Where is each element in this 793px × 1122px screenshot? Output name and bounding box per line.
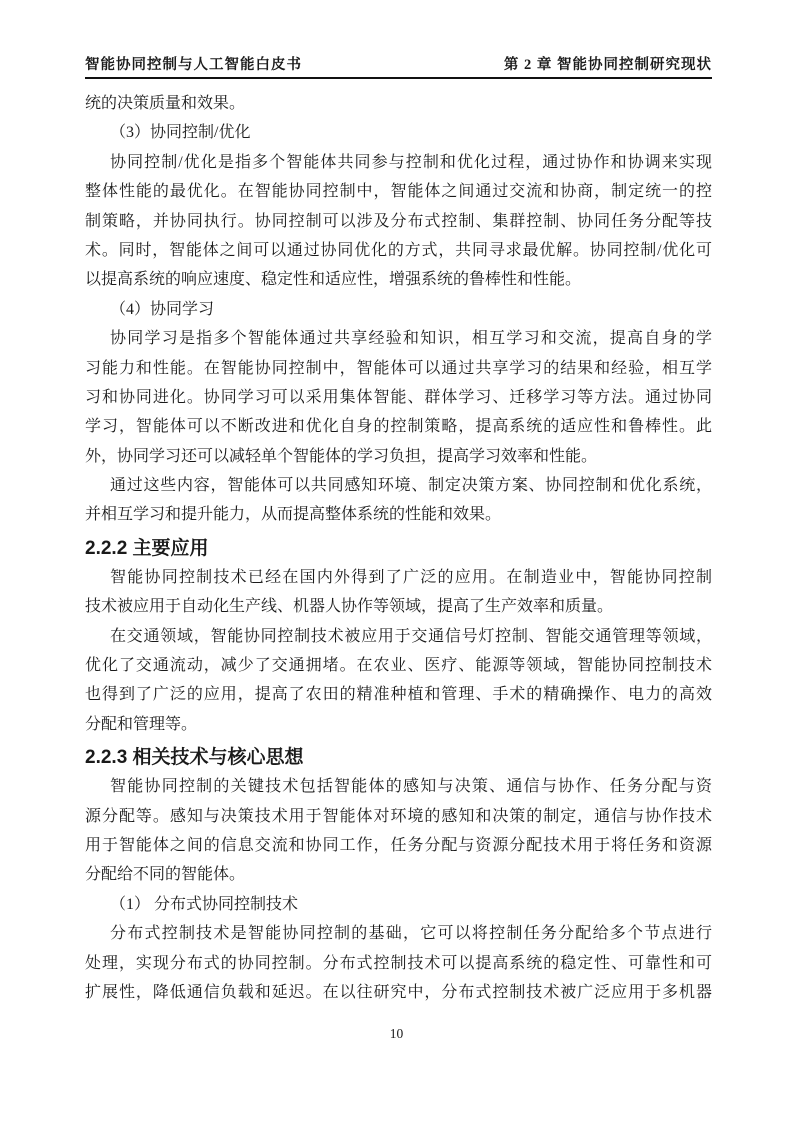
body-text-line: （1） 分布式协同控制技术: [85, 890, 712, 919]
body-text-line: 统的决策质量和效果。: [85, 89, 712, 118]
body-text-line: 智能协同控制的关键技术包括智能体的感知与决策、通信与协作、任务分配与资: [85, 772, 712, 801]
body-text-line: 扩展性，降低通信负载和延迟。在以往研究中，分布式控制技术被广泛应用于多机器: [85, 978, 712, 1007]
body-text-line: 学习，智能体可以不断改进和优化自身的控制策略，提高系统的适应性和鲁棒性。此: [85, 412, 712, 441]
body-text-line: 技术被应用于自动化生产线、机器人协作等领域，提高了生产效率和质量。: [85, 592, 712, 621]
document-page: 智能协同控制与人工智能白皮书 第 2 章 智能协同控制研究现状 统的决策质量和效…: [0, 0, 793, 1122]
body-text-line: 协同学习是指多个智能体通过共享经验和知识，相互学习和交流，提高自身的学: [85, 324, 712, 353]
section-heading: 2.2.3 相关技术与核心思想: [85, 744, 712, 772]
body-text-line: （3）协同控制/优化: [85, 118, 712, 147]
body-text-line: 优化了交通流动，减少了交通拥堵。在农业、医疗、能源等领域，智能协同控制技术: [85, 651, 712, 680]
body-text-line: 智能协同控制技术已经在国内外得到了广泛的应用。在制造业中，智能协同控制: [85, 563, 712, 592]
body-text-line: 在交通领域，智能协同控制技术被应用于交通信号灯控制、智能交通管理等领域，: [85, 622, 712, 651]
body-text-line: 并相互学习和提升能力，从而提高整体系统的性能和效果。: [85, 500, 712, 529]
body-text-line: 整体性能的最优化。在智能协同控制中，智能体之间通过交流和协商，制定统一的控: [85, 177, 712, 206]
body-text-line: 分配和管理等。: [85, 710, 712, 739]
page-number: 10: [390, 1026, 404, 1041]
body-text-line: 以提高系统的响应速度、稳定性和适应性，增强系统的鲁棒性和性能。: [85, 265, 712, 294]
body-text-line: 分布式控制技术是智能协同控制的基础，它可以将控制任务分配给多个节点进行: [85, 919, 712, 948]
header-chapter-title: 第 2 章 智能协同控制研究现状: [504, 53, 712, 74]
body-text-line: 术。同时，智能体之间可以通过协同优化的方式，共同寻求最优解。协同控制/优化可: [85, 236, 712, 265]
header-book-title: 智能协同控制与人工智能白皮书: [85, 53, 302, 74]
body-text-line: 分配给不同的智能体。: [85, 860, 712, 889]
page-footer: 10: [0, 1024, 793, 1044]
body-text-line: 也得到了广泛的应用，提高了农田的精准种植和管理、手术的精确操作、电力的高效: [85, 680, 712, 709]
document-body: 统的决策质量和效果。（3）协同控制/优化协同控制/优化是指多个智能体共同参与控制…: [85, 89, 712, 1007]
body-text-line: 外，协同学习还可以减轻单个智能体的学习负担，提高学习效率和性能。: [85, 442, 712, 471]
body-text-line: 制策略，并协同执行。协同控制可以涉及分布式控制、集群控制、协同任务分配等技: [85, 207, 712, 236]
body-text-line: 处理，实现分布式的协同控制。分布式控制技术可以提高系统的稳定性、可靠性和可: [85, 949, 712, 978]
body-text-line: 协同控制/优化是指多个智能体共同参与控制和优化过程，通过协作和协调来实现: [85, 148, 712, 177]
body-text-line: （4）协同学习: [85, 295, 712, 324]
section-heading: 2.2.2 主要应用: [85, 535, 712, 563]
body-text-line: 习和协同进化。协同学习可以采用集体智能、群体学习、迁移学习等方法。通过协同: [85, 383, 712, 412]
page-header: 智能协同控制与人工智能白皮书 第 2 章 智能协同控制研究现状: [85, 49, 712, 79]
body-text-line: 习能力和性能。在智能协同控制中，智能体可以通过共享学习的结果和经验，相互学: [85, 354, 712, 383]
body-text-line: 用于智能体之间的信息交流和协同工作，任务分配与资源分配技术用于将任务和资源: [85, 831, 712, 860]
body-text-line: 通过这些内容，智能体可以共同感知环境、制定决策方案、协同控制和优化系统，: [85, 471, 712, 500]
body-text-line: 源分配等。感知与决策技术用于智能体对环境的感知和决策的制定，通信与协作技术: [85, 802, 712, 831]
